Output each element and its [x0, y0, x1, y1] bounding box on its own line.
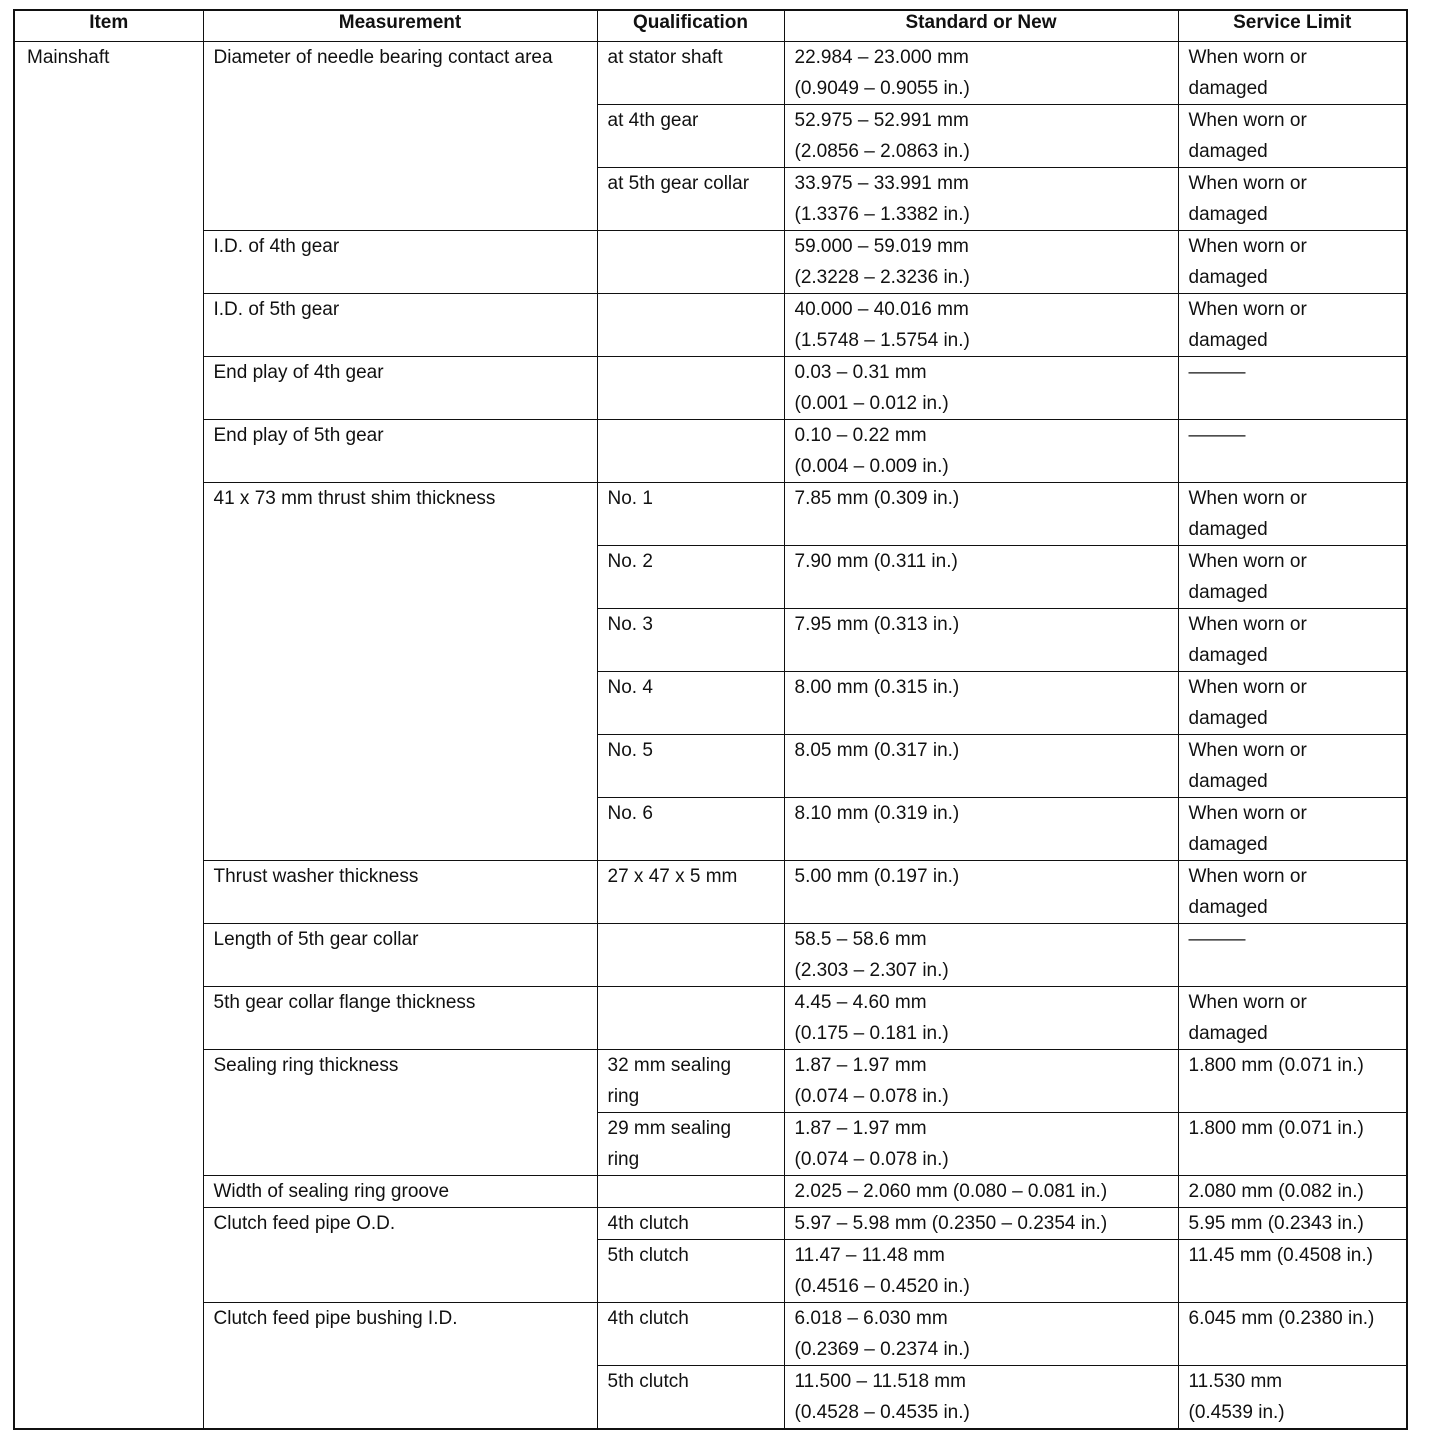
standard-cell: 59.000 – 59.019 mm (2.3228 – 2.3236 in.) — [784, 231, 1178, 294]
standard-cell-text: 8.05 mm (0.317 in.) — [795, 735, 1170, 766]
standard-cell-text: 7.95 mm (0.313 in.) — [795, 609, 1170, 640]
qualification-cell-text: No. 1 — [608, 483, 776, 514]
standard-cell: 40.000 – 40.016 mm (1.5748 – 1.5754 in.) — [784, 294, 1178, 357]
standard-cell-text: 8.10 mm (0.319 in.) — [795, 798, 1170, 829]
item-cell: Mainshaft — [14, 42, 203, 1430]
qualification-cell-text: No. 6 — [608, 798, 776, 829]
standard-cell: 1.87 – 1.97 mm (0.074 – 0.078 in.) — [784, 1050, 1178, 1113]
standard-cell: 8.10 mm (0.319 in.) — [784, 798, 1178, 861]
service-limit-cell: When worn or damaged — [1178, 546, 1407, 609]
standard-cell-text: 1.87 – 1.97 mm (0.074 – 0.078 in.) — [795, 1113, 1170, 1175]
qualification-cell-text: at stator shaft — [608, 42, 776, 73]
standard-cell-text: 4.45 – 4.60 mm (0.175 – 0.181 in.) — [795, 987, 1170, 1049]
service-limit-cell-text: 11.530 mm (0.4539 in.) — [1189, 1366, 1399, 1428]
table-row: Length of 5th gear collar58.5 – 58.6 mm … — [14, 924, 1407, 987]
qualification-cell — [597, 1176, 784, 1208]
qualification-cell — [597, 231, 784, 294]
measurement-cell: 41 x 73 mm thrust shim thickness — [203, 483, 597, 861]
qualification-cell-text: No. 3 — [608, 609, 776, 640]
standard-cell: 52.975 – 52.991 mm (2.0856 – 2.0863 in.) — [784, 105, 1178, 168]
standard-cell-text: 5.97 – 5.98 mm (0.2350 – 0.2354 in.) — [795, 1208, 1170, 1239]
table-row: End play of 5th gear0.10 – 0.22 mm (0.00… — [14, 420, 1407, 483]
table-row: Thrust washer thickness27 x 47 x 5 mm5.0… — [14, 861, 1407, 924]
qualification-cell-text: 32 mm sealing ring — [608, 1050, 776, 1112]
service-limit-cell: 2.080 mm (0.082 in.) — [1178, 1176, 1407, 1208]
standard-cell-text: 8.00 mm (0.315 in.) — [795, 672, 1170, 703]
standard-cell: 33.975 – 33.991 mm (1.3376 – 1.3382 in.) — [784, 168, 1178, 231]
service-limit-cell: When worn or damaged — [1178, 609, 1407, 672]
standard-cell-text: 52.975 – 52.991 mm (2.0856 – 2.0863 in.) — [795, 105, 1170, 167]
measurement-cell: Diameter of needle bearing contact area — [203, 42, 597, 231]
service-limit-cell: When worn or damaged — [1178, 672, 1407, 735]
standard-cell-text: 40.000 – 40.016 mm (1.5748 – 1.5754 in.) — [795, 294, 1170, 356]
header-item: Item — [14, 10, 203, 42]
service-limit-cell: When worn or damaged — [1178, 483, 1407, 546]
qualification-cell-text: 5th clutch — [608, 1240, 776, 1271]
standard-cell: 0.10 – 0.22 mm (0.004 – 0.009 in.) — [784, 420, 1178, 483]
measurement-cell: End play of 4th gear — [203, 357, 597, 420]
service-limit-cell-text: When worn or damaged — [1189, 798, 1399, 860]
standard-cell: 1.87 – 1.97 mm (0.074 – 0.078 in.) — [784, 1113, 1178, 1176]
service-limit-cell: When worn or damaged — [1178, 168, 1407, 231]
qualification-cell: 32 mm sealing ring — [597, 1050, 784, 1113]
qualification-cell: at 5th gear collar — [597, 168, 784, 231]
standard-cell-text: 0.10 – 0.22 mm (0.004 – 0.009 in.) — [795, 420, 1170, 482]
qualification-cell-text: 4th clutch — [608, 1303, 776, 1334]
table-row: Width of sealing ring groove2.025 – 2.06… — [14, 1176, 1407, 1208]
service-limit-cell: 11.530 mm (0.4539 in.) — [1178, 1366, 1407, 1430]
qualification-cell-text: 5th clutch — [608, 1366, 776, 1397]
service-limit-cell: When worn or damaged — [1178, 987, 1407, 1050]
standard-cell-text: 58.5 – 58.6 mm (2.303 – 2.307 in.) — [795, 924, 1170, 986]
qualification-cell — [597, 294, 784, 357]
service-limit-cell-text: When worn or damaged — [1189, 987, 1399, 1049]
service-limit-cell-text: When worn or damaged — [1189, 483, 1399, 545]
table-row: Clutch feed pipe bushing I.D.4th clutch6… — [14, 1303, 1407, 1366]
standard-cell: 7.95 mm (0.313 in.) — [784, 609, 1178, 672]
qualification-cell: at stator shaft — [597, 42, 784, 105]
qualification-cell-text: 29 mm sealing ring — [608, 1113, 776, 1175]
qualification-cell — [597, 987, 784, 1050]
standard-cell: 58.5 – 58.6 mm (2.303 – 2.307 in.) — [784, 924, 1178, 987]
service-limit-cell: When worn or damaged — [1178, 735, 1407, 798]
qualification-cell — [597, 357, 784, 420]
standard-cell-text: 33.975 – 33.991 mm (1.3376 – 1.3382 in.) — [795, 168, 1170, 230]
table-row: Sealing ring thickness32 mm sealing ring… — [14, 1050, 1407, 1113]
qualification-cell — [597, 420, 784, 483]
standard-cell: 2.025 – 2.060 mm (0.080 – 0.081 in.) — [784, 1176, 1178, 1208]
table-row: I.D. of 5th gear40.000 – 40.016 mm (1.57… — [14, 294, 1407, 357]
service-limit-cell-text: 6.045 mm (0.2380 in.) — [1189, 1303, 1399, 1334]
service-limit-cell-text: When worn or damaged — [1189, 546, 1399, 608]
qualification-cell-text: at 5th gear collar — [608, 168, 776, 199]
standard-cell-text: 5.00 mm (0.197 in.) — [795, 861, 1170, 892]
service-limit-cell-text: ——— — [1189, 357, 1399, 388]
qualification-cell: No. 2 — [597, 546, 784, 609]
standard-cell: 0.03 – 0.31 mm (0.001 – 0.012 in.) — [784, 357, 1178, 420]
qualification-cell: No. 1 — [597, 483, 784, 546]
standard-cell-text: 2.025 – 2.060 mm (0.080 – 0.081 in.) — [795, 1176, 1170, 1207]
service-limit-cell: 6.045 mm (0.2380 in.) — [1178, 1303, 1407, 1366]
service-limit-cell: 1.800 mm (0.071 in.) — [1178, 1113, 1407, 1176]
service-limit-cell: When worn or damaged — [1178, 861, 1407, 924]
standard-cell: 7.85 mm (0.309 in.) — [784, 483, 1178, 546]
service-limit-cell-text: ——— — [1189, 420, 1399, 451]
service-limit-cell: ——— — [1178, 357, 1407, 420]
table-row: 5th gear collar flange thickness4.45 – 4… — [14, 987, 1407, 1050]
standard-cell: 11.47 – 11.48 mm (0.4516 – 0.4520 in.) — [784, 1240, 1178, 1303]
qualification-cell: at 4th gear — [597, 105, 784, 168]
standard-cell: 5.00 mm (0.197 in.) — [784, 861, 1178, 924]
service-limit-cell: 1.800 mm (0.071 in.) — [1178, 1050, 1407, 1113]
qualification-cell-text: No. 5 — [608, 735, 776, 766]
qualification-cell: 4th clutch — [597, 1208, 784, 1240]
service-limit-cell-text: 5.95 mm (0.2343 in.) — [1189, 1208, 1399, 1239]
qualification-cell: No. 3 — [597, 609, 784, 672]
service-limit-cell: 5.95 mm (0.2343 in.) — [1178, 1208, 1407, 1240]
qualification-cell-text: at 4th gear — [608, 105, 776, 136]
qualification-cell-text: No. 4 — [608, 672, 776, 703]
standard-cell-text: 22.984 – 23.000 mm (0.9049 – 0.9055 in.) — [795, 42, 1170, 104]
qualification-cell-text: 27 x 47 x 5 mm — [608, 861, 776, 892]
standard-cell-text: 1.87 – 1.97 mm (0.074 – 0.078 in.) — [795, 1050, 1170, 1112]
standard-cell: 4.45 – 4.60 mm (0.175 – 0.181 in.) — [784, 987, 1178, 1050]
table-row: 41 x 73 mm thrust shim thicknessNo. 17.8… — [14, 483, 1407, 546]
table-row: MainshaftDiameter of needle bearing cont… — [14, 42, 1407, 105]
service-limit-cell-text: When worn or damaged — [1189, 105, 1399, 167]
qualification-cell: 5th clutch — [597, 1240, 784, 1303]
header-standard: Standard or New — [784, 10, 1178, 42]
service-limit-cell: When worn or damaged — [1178, 42, 1407, 105]
standard-cell: 7.90 mm (0.311 in.) — [784, 546, 1178, 609]
service-limit-cell-text: ——— — [1189, 924, 1399, 955]
qualification-cell — [597, 924, 784, 987]
measurement-cell: I.D. of 4th gear — [203, 231, 597, 294]
measurement-cell: I.D. of 5th gear — [203, 294, 597, 357]
standard-cell: 22.984 – 23.000 mm (0.9049 – 0.9055 in.) — [784, 42, 1178, 105]
service-limit-cell-text: 2.080 mm (0.082 in.) — [1189, 1176, 1399, 1207]
spec-table: Item Measurement Qualification Standard … — [13, 9, 1408, 1430]
table-row: End play of 4th gear0.03 – 0.31 mm (0.00… — [14, 357, 1407, 420]
qualification-cell-text: 4th clutch — [608, 1208, 776, 1239]
standard-cell-text: 7.90 mm (0.311 in.) — [795, 546, 1170, 577]
service-limit-cell-text: When worn or damaged — [1189, 672, 1399, 734]
standard-cell: 8.00 mm (0.315 in.) — [784, 672, 1178, 735]
service-limit-cell: When worn or damaged — [1178, 231, 1407, 294]
measurement-cell: 5th gear collar flange thickness — [203, 987, 597, 1050]
service-limit-cell-text: When worn or damaged — [1189, 42, 1399, 104]
standard-cell-text: 6.018 – 6.030 mm (0.2369 – 0.2374 in.) — [795, 1303, 1170, 1365]
service-limit-cell: ——— — [1178, 420, 1407, 483]
standard-cell-text: 59.000 – 59.019 mm (2.3228 – 2.3236 in.) — [795, 231, 1170, 293]
measurement-cell: Width of sealing ring groove — [203, 1176, 597, 1208]
header-service-limit: Service Limit — [1178, 10, 1407, 42]
standard-cell-text: 11.500 – 11.518 mm (0.4528 – 0.4535 in.) — [795, 1366, 1170, 1428]
qualification-cell: No. 6 — [597, 798, 784, 861]
qualification-cell: 29 mm sealing ring — [597, 1113, 784, 1176]
standard-cell: 8.05 mm (0.317 in.) — [784, 735, 1178, 798]
service-limit-cell-text: When worn or damaged — [1189, 168, 1399, 230]
table-row: Clutch feed pipe O.D.4th clutch5.97 – 5.… — [14, 1208, 1407, 1240]
standard-cell: 5.97 – 5.98 mm (0.2350 – 0.2354 in.) — [784, 1208, 1178, 1240]
measurement-cell: Clutch feed pipe O.D. — [203, 1208, 597, 1303]
table-row: I.D. of 4th gear59.000 – 59.019 mm (2.32… — [14, 231, 1407, 294]
service-limit-cell-text: 1.800 mm (0.071 in.) — [1189, 1113, 1399, 1144]
standard-cell-text: 7.85 mm (0.309 in.) — [795, 483, 1170, 514]
service-limit-cell-text: 1.800 mm (0.071 in.) — [1189, 1050, 1399, 1081]
measurement-cell: Length of 5th gear collar — [203, 924, 597, 987]
measurement-cell: Sealing ring thickness — [203, 1050, 597, 1176]
service-limit-cell-text: 11.45 mm (0.4508 in.) — [1189, 1240, 1399, 1271]
standard-cell-text: 0.03 – 0.31 mm (0.001 – 0.012 in.) — [795, 357, 1170, 419]
service-limit-cell: When worn or damaged — [1178, 798, 1407, 861]
measurement-cell: Clutch feed pipe bushing I.D. — [203, 1303, 597, 1430]
service-limit-cell-text: When worn or damaged — [1189, 294, 1399, 356]
service-limit-cell-text: When worn or damaged — [1189, 735, 1399, 797]
qualification-cell: 4th clutch — [597, 1303, 784, 1366]
qualification-cell: No. 5 — [597, 735, 784, 798]
measurement-cell: End play of 5th gear — [203, 420, 597, 483]
qualification-cell: No. 4 — [597, 672, 784, 735]
header-qualification: Qualification — [597, 10, 784, 42]
qualification-cell: 27 x 47 x 5 mm — [597, 861, 784, 924]
header-row: Item Measurement Qualification Standard … — [14, 10, 1407, 42]
service-limit-cell: When worn or damaged — [1178, 105, 1407, 168]
qualification-cell: 5th clutch — [597, 1366, 784, 1430]
service-limit-cell: 11.45 mm (0.4508 in.) — [1178, 1240, 1407, 1303]
standard-cell: 6.018 – 6.030 mm (0.2369 – 0.2374 in.) — [784, 1303, 1178, 1366]
header-measurement: Measurement — [203, 10, 597, 42]
table-body: MainshaftDiameter of needle bearing cont… — [14, 42, 1407, 1430]
service-limit-cell-text: When worn or damaged — [1189, 609, 1399, 671]
qualification-cell-text: No. 2 — [608, 546, 776, 577]
standard-cell-text: 11.47 – 11.48 mm (0.4516 – 0.4520 in.) — [795, 1240, 1170, 1302]
standard-cell: 11.500 – 11.518 mm (0.4528 – 0.4535 in.) — [784, 1366, 1178, 1430]
service-limit-cell-text: When worn or damaged — [1189, 231, 1399, 293]
measurement-cell: Thrust washer thickness — [203, 861, 597, 924]
service-limit-cell: ——— — [1178, 924, 1407, 987]
service-limit-cell: When worn or damaged — [1178, 294, 1407, 357]
service-limit-cell-text: When worn or damaged — [1189, 861, 1399, 923]
